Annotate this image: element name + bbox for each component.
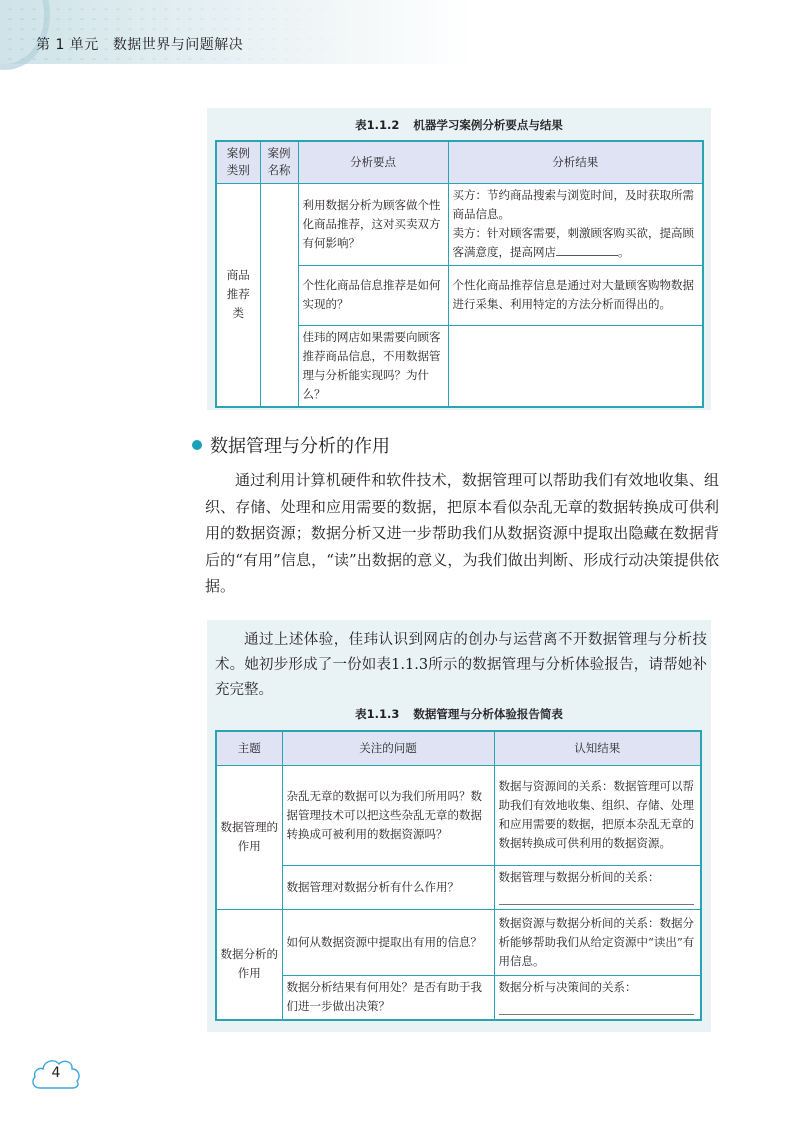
table-1-1-2-panel: 表1.1.2机器学习案例分析要点与结果 案例类别 案例名称 分析要点 分析结果 … [207,108,711,410]
table-row: 数据管理对数据分析有什么作用？ 数据管理与数据分析间的关系： [216,865,701,909]
answer-blank[interactable] [499,889,695,905]
table-header-row: 案例类别 案例名称 分析要点 分析结果 [216,141,703,183]
table-row: 数据分析的作用 如何从数据资源中提取出有用的信息？ 数据资源与数据分析间的关系：… [216,909,701,975]
unit-title: 数据世界与问题解决 [113,37,244,53]
result-cell: 数据与资源间的关系：数据管理可以帮助我们有效地收集、组织、存储、处理和应用需要的… [494,765,701,865]
topic-cell: 数据分析的作用 [216,909,282,1020]
section-heading-text: 数据管理与分析的作用 [210,432,390,458]
table-1-1-2: 案例类别 案例名称 分析要点 分析结果 商品推荐类 利用数据分析为顾客做个性化商… [215,140,704,408]
result-cell: 数据管理与数据分析间的关系： [494,865,701,909]
table-title: 机器学习案例分析要点与结果 [413,118,563,132]
analysis-point-cell: 佳玮的网店如果需要向顾客推荐商品信息，不用数据管理与分析能实现吗？为什么？ [298,325,448,407]
answer-blank[interactable] [499,999,695,1015]
paragraph-text: 通过利用计算机硬件和软件技术，数据管理可以帮助我们有效地收集、组织、存储、处理和… [205,467,719,600]
table-1-1-2-caption: 表1.1.2机器学习案例分析要点与结果 [207,117,711,133]
page-number-badge: 4 [30,1055,82,1091]
column-header: 分析要点 [298,141,448,183]
result-label: 数据分析与决策间的关系： [499,978,697,997]
binary-pattern-decoration [0,0,360,64]
question-cell: 杂乱无章的数据可以为我们所用吗？数据管理技术可以把这些杂乱无章的数据转换成可被利… [282,765,494,865]
question-cell: 如何从数据资源中提取出有用的信息？ [282,909,494,975]
question-cell: 数据管理对数据分析有什么作用？ [282,865,494,909]
topic-cell: 数据管理的作用 [216,765,282,909]
analysis-result-cell: 个性化商品推荐信息是通过对大量顾客购物数据进行采集、利用特定的方法分析而得出的。 [448,265,703,325]
seller-result-end: 。 [618,245,630,259]
result-cell: 数据资源与数据分析间的关系：数据分析能够帮助我们从给定资源中“读出”有用信息。 [494,909,701,975]
table-number: 表1.1.2 [355,118,399,132]
bullet-icon [192,440,202,450]
body-paragraph: 通过利用计算机硬件和软件技术，数据管理可以帮助我们有效地收集、组织、存储、处理和… [205,467,719,600]
fill-in-blank[interactable] [556,244,618,256]
analysis-point-cell: 利用数据分析为顾客做个性化商品推荐，这对买卖双方有何影响？ [298,183,448,265]
case-category-cell: 商品推荐类 [216,183,260,407]
section-heading: 数据管理与分析的作用 [192,432,390,458]
table-header-row: 主题 关注的问题 认知结果 [216,731,701,765]
table-row: 数据分析结果有何用处？是否有助于我们进一步做出决策？ 数据分析与决策间的关系： [216,975,701,1020]
result-cell: 数据分析与决策间的关系： [494,975,701,1020]
unit-label: 第 1 单元 [36,37,99,53]
column-header: 分析结果 [448,141,703,183]
table-title: 数据管理与分析体验报告简表 [413,707,563,721]
column-header: 案例类别 [216,141,260,183]
table-1-1-3-caption: 表1.1.3数据管理与分析体验报告简表 [207,706,711,722]
activity-text: 通过上述体验，佳玮认识到网店的创办与运营离不开数据管理与分析技术。她初步形成了一… [215,628,707,703]
page-number: 4 [30,1065,82,1081]
analysis-result-cell: 买方：节约商品搜索与浏览时间，及时获取所需商品信息。 卖方：针对顾客需要，刺激顾… [448,183,703,265]
table-1-1-3: 主题 关注的问题 认知结果 数据管理的作用 杂乱无章的数据可以为我们所用吗？数据… [215,730,702,1021]
running-header: 第 1 单元数据世界与问题解决 [36,34,243,54]
buyer-result: 买方：节约商品搜索与浏览时间，及时获取所需商品信息。 [453,186,699,224]
activity-paragraph: 通过上述体验，佳玮认识到网店的创办与运营离不开数据管理与分析技术。她初步形成了一… [215,628,707,703]
question-cell: 数据分析结果有何用处？是否有助于我们进一步做出决策？ [282,975,494,1020]
activity-panel: 通过上述体验，佳玮认识到网店的创办与运营离不开数据管理与分析技术。她初步形成了一… [207,620,711,1032]
case-name-cell [260,183,298,407]
column-header: 主题 [216,731,282,765]
table-number: 表1.1.3 [355,707,399,721]
table-row: 商品推荐类 利用数据分析为顾客做个性化商品推荐，这对买卖双方有何影响？ 买方：节… [216,183,703,265]
page-header: 第 1 单元数据世界与问题解决 [0,0,791,64]
column-header: 关注的问题 [282,731,494,765]
table-row: 数据管理的作用 杂乱无章的数据可以为我们所用吗？数据管理技术可以把这些杂乱无章的… [216,765,701,865]
column-header: 认知结果 [494,731,701,765]
analysis-point-cell: 个性化商品信息推荐是如何实现的？ [298,265,448,325]
analysis-result-cell-empty[interactable] [448,325,703,407]
seller-result: 卖方：针对顾客需要，刺激顾客购买欲，提高顾客满意度，提高网店。 [453,224,699,262]
result-label: 数据管理与数据分析间的关系： [499,868,697,887]
column-header: 案例名称 [260,141,298,183]
